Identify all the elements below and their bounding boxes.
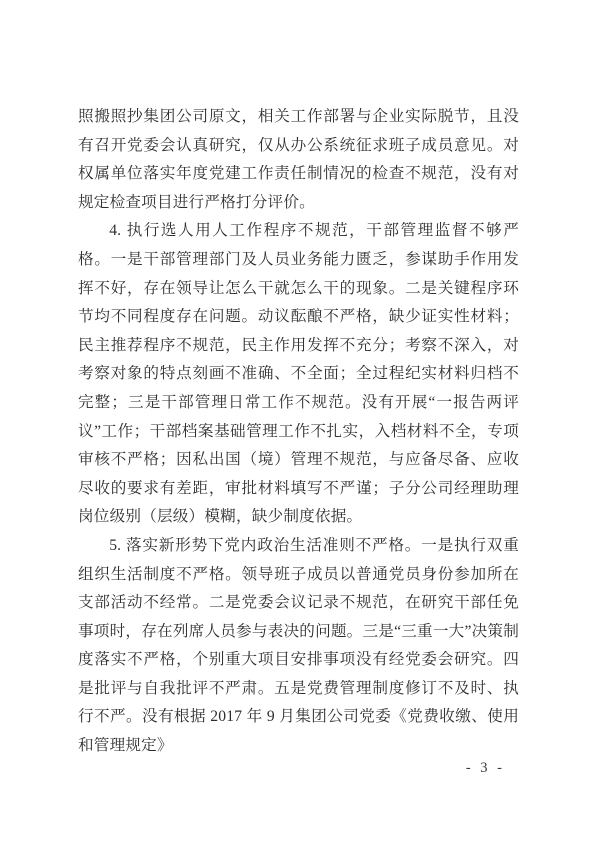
- paragraph-item-5: 5. 落实新形势下党内政治生活准则不严格。一是执行双重组织生活制度不严格。领导班…: [78, 532, 519, 761]
- document-body: 照搬照抄集团公司原文，相关工作部署与企业实际脱节，且没有召开党委会认真研究，仅从…: [78, 103, 519, 761]
- page-number: - 3 -: [466, 760, 505, 777]
- paragraph-continuation: 照搬照抄集团公司原文，相关工作部署与企业实际脱节，且没有召开党委会认真研究，仅从…: [78, 103, 519, 217]
- document-page: 照搬照抄集团公司原文，相关工作部署与企业实际脱节，且没有召开党委会认真研究，仅从…: [0, 0, 595, 842]
- paragraph-item-4: 4. 执行选人用人工作程序不规范，干部管理监督不够严格。一是干部管理部门及人员业…: [78, 217, 519, 532]
